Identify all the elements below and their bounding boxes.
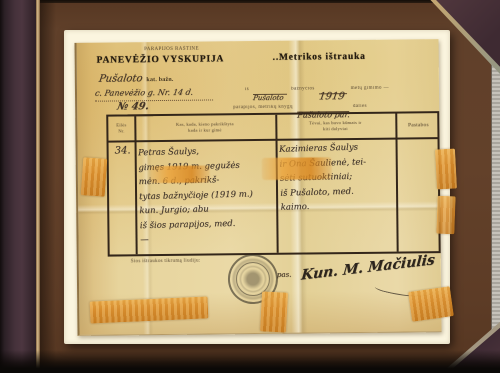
line1-print: metų gimimo — — [351, 86, 389, 91]
tape-left-edge — [81, 157, 108, 197]
table-rule — [275, 115, 278, 253]
attestation-line: Šios ištraukos tikrumą liudiju: — [131, 259, 201, 265]
col4-header: Pastabos — [395, 122, 441, 128]
presignature-scribble: pas. — [277, 271, 292, 279]
tape-bottom-right — [408, 286, 454, 322]
col1-header: Eilės Nr. — [108, 122, 134, 134]
extract-line-1: iš Pušaloto bažnyčios 1919 metų gimimo — — [245, 75, 470, 95]
extract-title: ..Metrikos ištrauka — [273, 52, 366, 63]
line2-print: dalies — [353, 104, 367, 109]
spine-shadow — [40, 0, 56, 373]
line1-print: iš — [245, 87, 249, 92]
tape-smear — [262, 157, 332, 180]
diocese-title: PANEVĖŽIO VYSKUPIJA — [97, 54, 225, 65]
col3-header: Tėvai, kas buvo kūmais ir kiti dalyviai — [277, 120, 393, 133]
album-photo-scene: PARAPIJOS RAŠTINĖ PANEVĖŽIO VYSKUPIJA Pu… — [0, 0, 500, 373]
letterhead-tiny-line: PARAPIJOS RAŠTINĖ — [117, 46, 227, 52]
priest-signature: Kun. M. Mačiulis — [301, 252, 436, 284]
col2-header: Kas, kada, kieno pakrikštyta kada ir kur… — [136, 121, 273, 134]
document-photo: PARAPIJOS RAŠTINĖ PANEVĖŽIO VYSKUPIJA Pu… — [74, 39, 441, 336]
book-bottom-shadow — [0, 350, 500, 373]
tape-bottom-center — [260, 291, 288, 332]
line1-print: bažnyčios — [291, 86, 315, 91]
line2-print: parapijos, metrikų knygų — [233, 105, 293, 111]
table-rule — [395, 114, 398, 252]
register-table: Eilės Nr. Kas, kada, kieno pakrikštyta k… — [106, 111, 440, 256]
book-spine — [0, 0, 38, 373]
book-top-edge — [0, 0, 500, 3]
tape-smear — [150, 166, 210, 184]
table-rule — [134, 116, 137, 254]
entry-baptism-text: Petras Šaulys, gimęs 1919 m. gegužės mėn… — [138, 143, 274, 248]
row-number: 34. — [113, 144, 133, 159]
tape-right-edge-lower — [436, 196, 455, 235]
tape-right-edge-upper — [435, 149, 457, 190]
record-number-handwritten: № 49. — [116, 101, 150, 112]
